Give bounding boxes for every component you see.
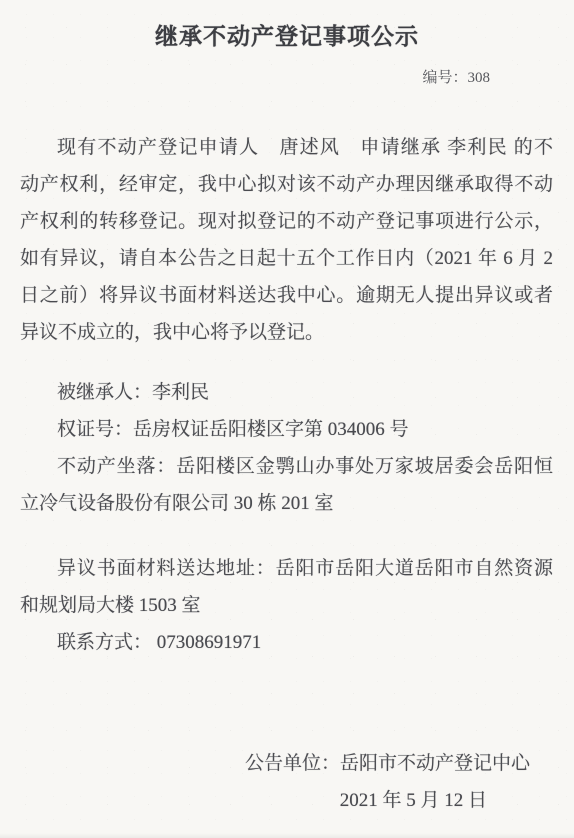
notice-document: 继承不动产登记事项公示 编号：308 现有不动产登记申请人 唐述风 申请继承 李… [0,0,574,838]
doc-number-value: 308 [468,70,491,86]
notice-paragraph-line: 异议不成立的，我中心将予以登记。 [20,314,553,351]
property-details: 被继承人：李利民 权证号：岳房权证岳阳楼区字第 034006 号 不动产坐落：岳… [20,374,553,522]
doc-number: 编号：308 [0,66,574,87]
issue-date: 2021 年 5 月 12 日 [20,782,553,819]
objection-address-line: 异议书面材料送达地址：岳阳市岳阳大道岳阳市自然资源 [20,550,553,587]
contact-phone-line: 联系方式： 07308691971 [20,624,553,661]
objection-address-cont-line: 和规划局大楼 1503 室 [20,587,553,624]
notice-paragraph-line: 如有异议，请自本公告之日起十五个工作日内（2021 年 6 月 2 [20,240,553,277]
detail-line-certificate-no: 权证号：岳房权证岳阳楼区字第 034006 号 [20,411,553,448]
issuing-authority: 公告单位：岳阳市不动产登记中心 [20,745,553,782]
notice-paragraph-line: 日之前）将异议书面材料送达我中心。逾期无人提出异议或者 [20,277,553,314]
doc-number-label: 编号： [422,70,467,86]
notice-paragraph-line: 产权利的转移登记。现对拟登记的不动产登记事项进行公示， [20,203,553,240]
notice-footer: 公告单位：岳阳市不动产登记中心 2021 年 5 月 12 日 [20,745,553,819]
detail-line-location-cont: 立冷气设备股份有限公司 30 栋 201 室 [20,485,553,522]
notice-paragraph: 现有不动产登记申请人 唐述风 申请继承 李利民 的不 动产权利，经审定，我中心拟… [20,129,553,351]
notice-paragraph-line: 动产权利，经审定，我中心拟对该不动产办理因继承取得不动 [20,166,553,203]
page-title: 继承不动产登记事项公示 [0,0,574,51]
objection-info: 异议书面材料送达地址：岳阳市岳阳大道岳阳市自然资源 和规划局大楼 1503 室 … [20,550,553,661]
notice-paragraph-line: 现有不动产登记申请人 唐述风 申请继承 李利民 的不 [20,129,553,166]
detail-line-heir: 被继承人：李利民 [20,374,553,411]
detail-line-location: 不动产坐落：岳阳楼区金鹗山办事处万家坡居委会岳阳恒 [20,448,553,485]
